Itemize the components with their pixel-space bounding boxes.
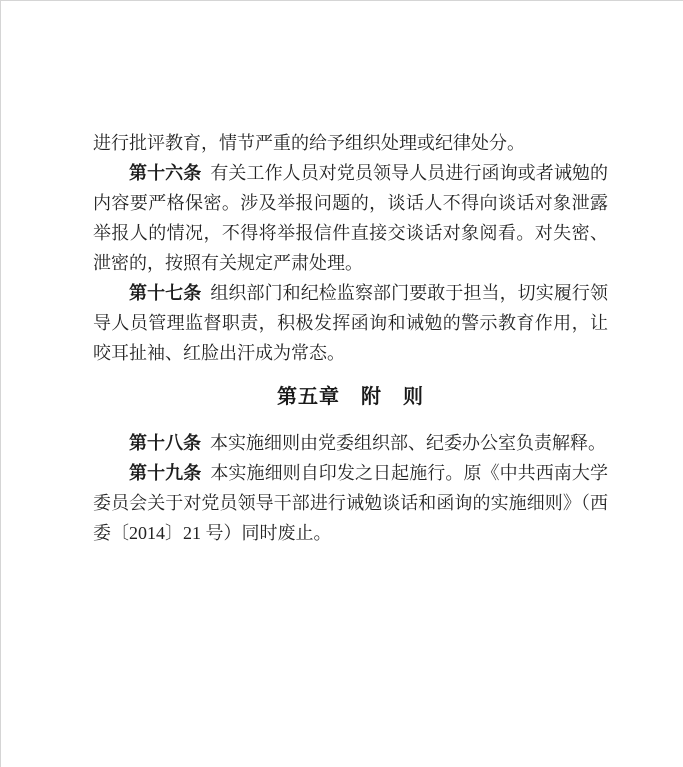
- paragraph-text: 进行批评教育，情节严重的给予组织处理或纪律处分。: [93, 133, 525, 153]
- article-16-number: 第十六条: [129, 163, 201, 183]
- article-19-number: 第十九条: [129, 463, 201, 483]
- document-content: 进行批评教育，情节严重的给予组织处理或纪律处分。 第十六条有关工作人员对党员领导…: [93, 128, 608, 548]
- article-18-number: 第十八条: [129, 433, 201, 453]
- document-page: 进行批评教育，情节严重的给予组织处理或纪律处分。 第十六条有关工作人员对党员领导…: [0, 0, 683, 767]
- article-18-text: 本实施细则由党委组织部、纪委办公室负责解释。: [210, 433, 606, 453]
- article-16-paragraph: 第十六条有关工作人员对党员领导人员进行函询或者诫勉的内容要严格保密。涉及举报问题…: [93, 158, 608, 278]
- chapter-5-heading: 第五章 附 则: [93, 382, 608, 412]
- article-18-paragraph: 第十八条本实施细则由党委组织部、纪委办公室负责解释。: [93, 428, 608, 458]
- article-17-paragraph: 第十七条组织部门和纪检监察部门要敢于担当，切实履行领导人员管理监督职责，积极发挥…: [93, 278, 608, 368]
- article-19-paragraph: 第十九条本实施细则自印发之日起施行。原《中共西南大学委员会关于对党员领导干部进行…: [93, 458, 608, 548]
- intro-continuation-paragraph: 进行批评教育，情节严重的给予组织处理或纪律处分。: [93, 128, 608, 158]
- article-17-number: 第十七条: [129, 283, 201, 303]
